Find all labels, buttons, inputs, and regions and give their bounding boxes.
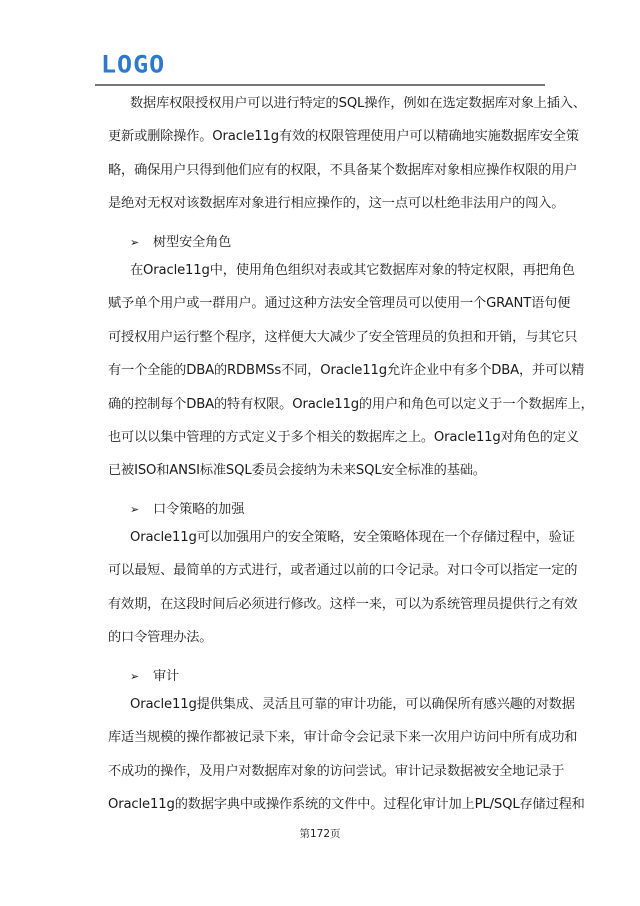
paragraph-line: 的口令管理办法。	[108, 626, 536, 659]
paragraph-line: 有效期，在这段时间后必须进行修改。这样一来，可以为系统管理员提供行之有效	[108, 593, 536, 626]
paragraph-line: 更新或删除操作。Oracle11g有效的权限管理使用户可以精确地实施数据库安全策	[108, 125, 536, 158]
paragraph-line: 是绝对无权对该数据库对象进行相应操作的，这一点可以杜绝非法用户的闯入。	[108, 192, 536, 225]
paragraph-line: 数据库权限授权用户可以进行特定的SQL操作，例如在选定数据库对象上插入、	[108, 92, 536, 125]
section-heading-text: 审计	[153, 665, 179, 688]
paragraph-line: 也可以以集中管理的方式定义于多个相关的数据库之上。Oracle11g对角色的定义	[108, 426, 536, 459]
paragraph-line: 在Oracle11g中，使用角色组织对表或其它数据库对象的特定权限，再把角色	[108, 259, 536, 292]
paragraph-line: 可授权用户运行整个程序，这样便大大减少了安全管理员的负担和开销，与其它只	[108, 326, 536, 359]
paragraph-line: 库适当规模的操作都被记录下来，审计命令会记录下来一次用户访问中所有成功和	[108, 726, 536, 759]
page-number: 第172页	[0, 826, 640, 841]
arrow-bullet-icon: ➢	[130, 498, 153, 521]
paragraph-line: 不成功的操作，及用户对数据库对象的访问尝试。审计记录数据被安全地记录于	[108, 760, 536, 793]
section-heading-text: 口令策略的加强	[153, 498, 244, 521]
paragraph-line: 略，确保用户只得到他们应有的权限，不具备某个数据库对象相应操作权限的用户	[108, 159, 536, 192]
paragraph-line: 确的控制每个DBA的特有权限。Oracle11g的用户和角色可以定义于一个数据库…	[108, 393, 536, 426]
header-divider	[95, 84, 545, 86]
paragraph-line: 已被ISO和ANSI标准SQL委员会接纳为未来SQL安全标准的基础。	[108, 459, 536, 492]
arrow-bullet-icon: ➢	[130, 231, 153, 254]
paragraph-line: 赋予单个用户或一群用户。通过这种方法安全管理员可以使用一个GRANT语句便	[108, 292, 536, 325]
section-heading-audit: ➢ 审计	[108, 660, 536, 693]
arrow-bullet-icon: ➢	[130, 665, 153, 688]
logo: LOGO	[101, 53, 165, 77]
paragraph-line: 有一个全能的DBA的RDBMSs不同，Oracle11g允许企业中有多个DBA，…	[108, 359, 536, 392]
section-heading-tree-security-roles: ➢ 树型安全角色	[108, 226, 536, 259]
paragraph-line: 可以最短、最简单的方式进行，或者通过以前的口令记录。对口令可以指定一定的	[108, 559, 536, 592]
paragraph-line: Oracle11g的数据字典中或操作系统的文件中。过程化审计加上PL/SQL存储…	[108, 793, 536, 826]
section-heading-password-policy: ➢ 口令策略的加强	[108, 493, 536, 526]
paragraph-line: Oracle11g提供集成、灵活且可靠的审计功能，可以确保所有感兴趣的对数据	[108, 693, 536, 726]
section-heading-text: 树型安全角色	[153, 231, 231, 254]
document-body: 数据库权限授权用户可以进行特定的SQL操作，例如在选定数据库对象上插入、 更新或…	[108, 92, 536, 827]
paragraph-line: Oracle11g可以加强用户的安全策略，安全策略体现在一个存储过程中，验证	[108, 526, 536, 559]
